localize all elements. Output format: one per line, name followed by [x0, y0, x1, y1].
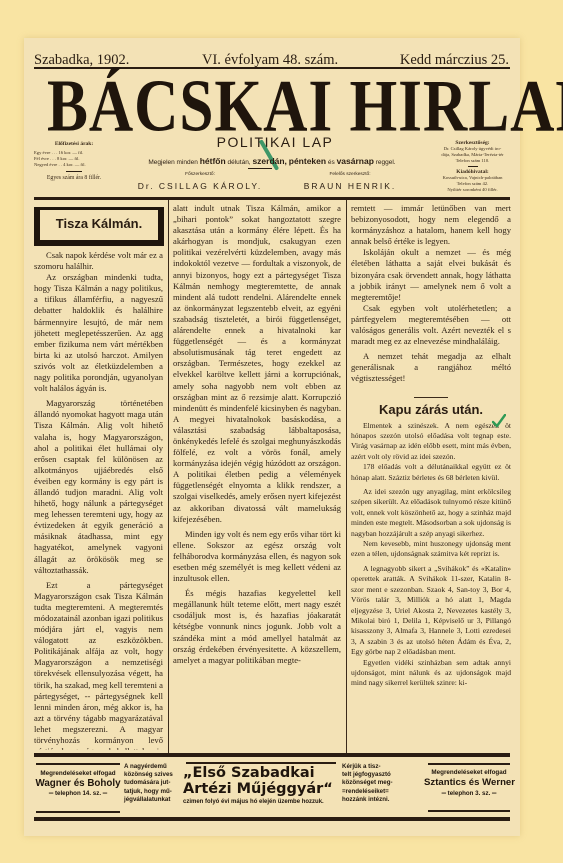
- divider: [428, 810, 510, 812]
- ad-wagner-boholy: Megrendeléseket elfogad Wagner és Boholy…: [34, 770, 122, 797]
- column-3: remtett — immár letünőben van mert bebiz…: [351, 203, 511, 751]
- subscription-prices: Előfizetési árak: Egy évre . . . 16 kor.…: [34, 141, 114, 181]
- ads-divider-bottom: [34, 817, 510, 821]
- subscription-row: Negyed évre . . 4 kor. — fil.: [34, 162, 114, 168]
- article-tisza-col1: Csak napok kérdése volt már ez a szomoru…: [34, 250, 163, 750]
- column-divider: [346, 200, 347, 753]
- divider: [186, 762, 336, 764]
- ad-announcement: A nagyérdemű közönség szives tudomására …: [124, 763, 180, 804]
- masthead-subtitle: POLITIKAI LAP: [180, 134, 370, 150]
- subscription-title: Előfizetési árak:: [34, 141, 114, 147]
- ad-icefactory: „Első Szabadkai Artézi Műjéggyár“ czimen…: [183, 765, 341, 805]
- check-mark-icon: [492, 414, 506, 428]
- divider: [414, 397, 448, 398]
- article-tisza-col2: alatt indult utnak Tisza Kálmán, amikor …: [173, 203, 341, 751]
- divider: [66, 171, 82, 172]
- responsible-editor: Felelős szerkesztő: BRAUN HENRIK.: [285, 172, 415, 191]
- masthead-title: BÁCSKAI HIRLAP: [47, 70, 498, 144]
- ad-request: Kérjük a tisz- telt jégfogyasztó közönsé…: [342, 763, 398, 804]
- ad-sztantics-werner: Megrendeléseket elfogad Sztantics és Wer…: [424, 769, 514, 797]
- divider: [428, 763, 510, 765]
- editor-in-chief: Főszerkesztő: Dr. CSILLAG KÁROLY.: [125, 172, 275, 191]
- article-kapu: Elmentek a szinészek. A nem egészen öt h…: [351, 421, 511, 689]
- single-copy-price: Egyes szám ára 8 fillér.: [34, 175, 114, 181]
- article-title-tisza: Tisza Kálmán.: [34, 207, 164, 246]
- divider: [468, 166, 478, 167]
- publication-days: Megjelen minden hétfőn délután, szerdán,…: [112, 156, 432, 166]
- divider: [36, 811, 120, 813]
- divider: [36, 763, 120, 765]
- editorial-office: Szerkesztőség: Dr. Csillag Károly ügyvéd…: [430, 140, 515, 193]
- header-divider: [34, 197, 510, 200]
- column-divider: [168, 200, 169, 753]
- ads-divider-top: [34, 753, 510, 757]
- article-title-kapu: Kapu zárás után.: [351, 404, 511, 415]
- divider: [248, 168, 272, 169]
